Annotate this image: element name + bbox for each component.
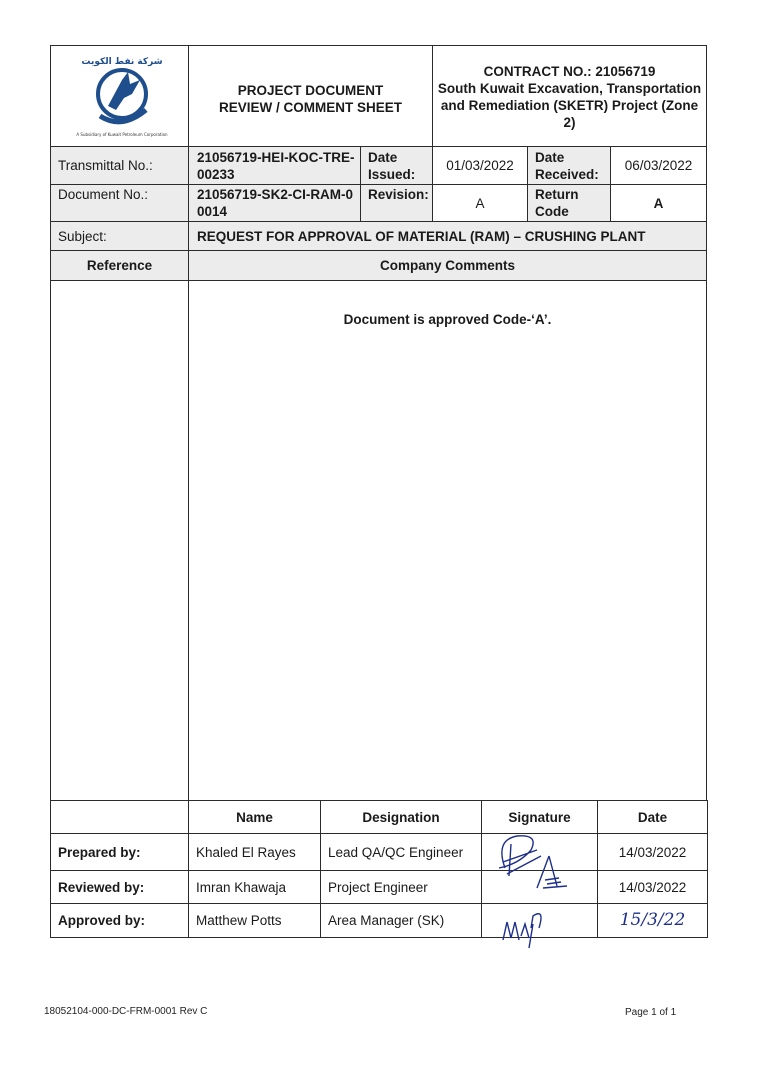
logo-cell: شركة نفط الكويت A Subsidiary of Kuwait P…: [50, 45, 189, 147]
signoff-header-role: [50, 800, 189, 834]
signoff-designation-cell: Area Manager (SK): [320, 903, 482, 938]
signoff-name-cell: Imran Khawaja: [188, 870, 321, 904]
reference-column: [50, 280, 189, 801]
comments-area: Document is approved Code-‘A’.: [188, 280, 707, 801]
transmittal-value: 21056719-HEI-KOC-TRE-00233: [188, 146, 361, 185]
signoff-role-cell: Reviewed by:: [50, 870, 189, 904]
contract-title-line1: South Kuwait Excavation, Transportation: [438, 80, 701, 97]
transmittal-label: Transmittal No.:: [50, 146, 189, 185]
company-comments-header: Company Comments: [188, 250, 707, 281]
document-label: Document No.:: [50, 184, 189, 222]
date-received-label: Date Received:: [527, 146, 611, 185]
revision-label: Revision:: [360, 184, 433, 222]
kuwait-oil-company-logo-icon: شركة نفط الكويت A Subsidiary of Kuwait P…: [70, 50, 170, 142]
subject-value: REQUEST FOR APPROVAL OF MATERIAL (RAM) –…: [188, 221, 707, 251]
reference-header: Reference: [50, 250, 189, 281]
signoff-role-cell: Prepared by:: [50, 833, 189, 871]
signoff-date-cell: 14/03/2022: [597, 833, 708, 871]
signoff-header-designation: Designation: [320, 800, 482, 834]
return-code-label: Return Code: [527, 184, 611, 222]
page-number: Page 1 of 1: [625, 1007, 676, 1018]
date-received-value: 06/03/2022: [610, 146, 707, 185]
contract-number: CONTRACT NO.: 21056719: [484, 63, 656, 80]
subject-label: Subject:: [50, 221, 189, 251]
signoff-role-cell: Approved by:: [50, 903, 189, 938]
signature-strokes-icon: [475, 828, 605, 968]
date-issued-value: 01/03/2022: [432, 146, 528, 185]
return-code-value: A: [610, 184, 707, 222]
contract-cell: CONTRACT NO.: 21056719 South Kuwait Exca…: [432, 45, 707, 147]
signoff-name-cell: Matthew Potts: [188, 903, 321, 938]
form-reference: 18052104-000-DC-FRM-0001 Rev C: [44, 1006, 207, 1017]
form-title-line1: PROJECT DOCUMENT: [238, 82, 384, 99]
signoff-header-date: Date: [597, 800, 708, 834]
signoff-designation-cell: Project Engineer: [320, 870, 482, 904]
signoff-date-cell: 15/3/22: [597, 903, 708, 938]
signoff-name-cell: Khaled El Rayes: [188, 833, 321, 871]
form-title-cell: PROJECT DOCUMENT REVIEW / COMMENT SHEET: [188, 45, 433, 147]
form-title-line2: REVIEW / COMMENT SHEET: [219, 99, 402, 116]
svg-text:A Subsidiary of Kuwait Petrole: A Subsidiary of Kuwait Petroleum Corpora…: [76, 132, 168, 137]
signoff-designation-cell: Lead QA/QC Engineer: [320, 833, 482, 871]
revision-value: A: [432, 184, 528, 222]
document-number: 21056719-SK2-CI-RAM-00014: [197, 186, 356, 220]
transmittal-number: 21056719-HEI-KOC-TRE-00233: [197, 149, 356, 183]
svg-text:شركة نفط الكويت: شركة نفط الكويت: [81, 57, 162, 67]
signoff-date-cell: 14/03/2022: [597, 870, 708, 904]
date-issued-label: Date Issued:: [360, 146, 433, 185]
contract-title-line2: and Remediation (SKETR) Project (Zone 2): [433, 97, 706, 131]
document-value: 21056719-SK2-CI-RAM-00014: [188, 184, 361, 222]
signoff-header-name: Name: [188, 800, 321, 834]
comment-text: Document is approved Code-‘A’.: [344, 311, 552, 328]
